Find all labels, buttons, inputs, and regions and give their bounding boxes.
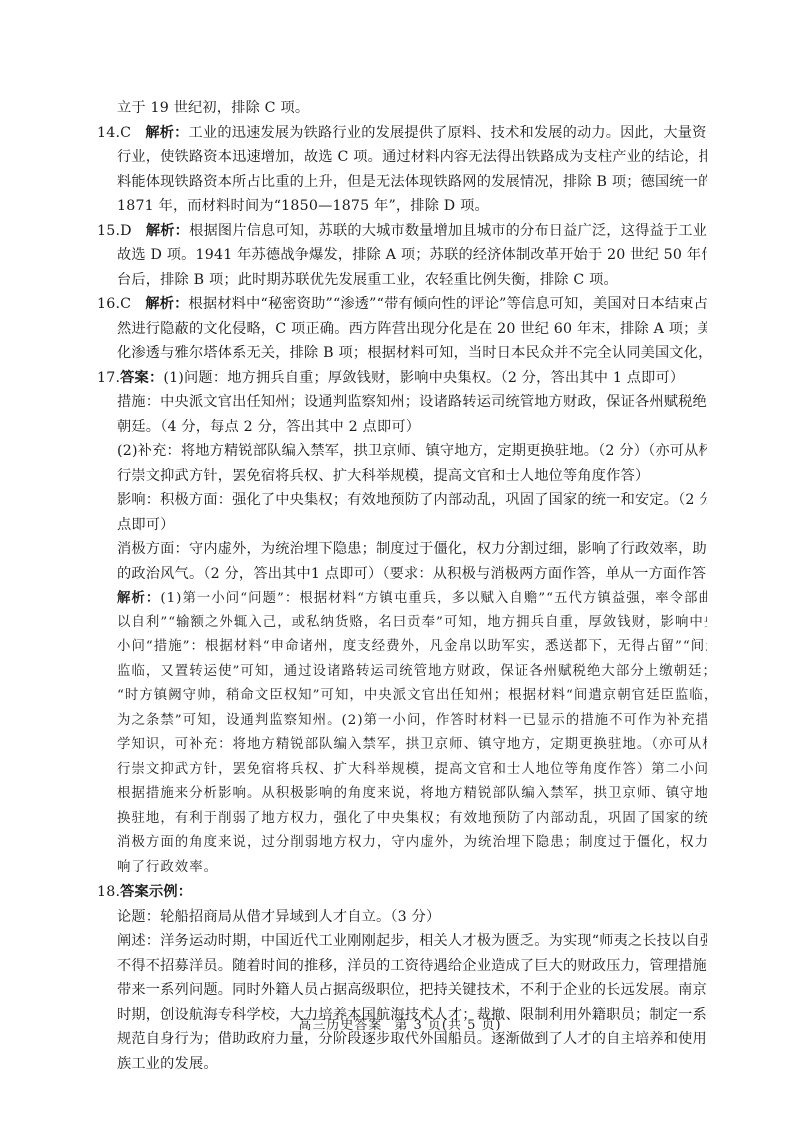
text-line: (1)问题：地方拥兵自重；厚敛钱财，影响中央集权。（2 分，答出其中 1 点即可… — [163, 370, 684, 386]
question-number: 16. — [97, 292, 120, 317]
answer-choice: D — [120, 223, 132, 239]
text-line: (2)补充：将地方精锐部队编入禁军，拱卫京师、镇守地方，定期更换驻地。（2 分）… — [97, 439, 707, 464]
text-line: 行崇文抑武方针，罢免宿将兵权、扩大科举规模，提高文官和士人地位等角度作答） — [97, 464, 707, 489]
text-line: 阐述：洋务运动时期，中国近代工业刚刚起步，相关人才极为匮乏。为实现“师夷之长技以… — [97, 929, 707, 954]
text-line: 带来一系列问题。同时外籍人员占据高级职位，把持关键技术，不利于企业的长远发展。南… — [97, 978, 707, 1003]
text-line: 消极方面：守内虚外，为统治埋下隐患；制度过于僵化，权力分割过细，影响了行政效率，… — [97, 537, 707, 562]
text-line: 行业，使铁路资本迅速增加，故选 C 项。通过材料内容无法得出铁路成为支柱产业的结… — [97, 145, 707, 170]
analysis-label: 解析： — [117, 590, 160, 606]
text-line: 不得不招募洋员。随着时间的推移，洋员的工资待遇给企业造成了巨大的财政压力，管理措… — [97, 954, 707, 979]
analysis-label: 解析： — [145, 125, 188, 141]
text-line: 的政治风气。（2 分，答出其中1 点即可）（要求：从积极与消极两方面作答，单从一… — [97, 562, 707, 587]
question-14: 14.C 解析：工业的迅速发展为铁路行业的发展提供了原料、技术和发展的动力。因此… — [97, 121, 707, 146]
text-line: 朝廷。（4 分，每点 2 分，答出其中 2 点即可） — [97, 415, 707, 440]
document-page: 立于 19 世纪初，排除 C 项。 14.C 解析：工业的迅速发展为铁路行业的发… — [0, 0, 800, 1132]
text-line: 措施：中央派文官出任知州；设通判监察知州；设诸路转运司统管地方财政，保证各州赋税… — [97, 390, 707, 415]
text-line: 学知识，可补充：将地方精锐部队编入禁军，拱卫京师、镇守地方，定期更换驻地。（亦可… — [97, 733, 707, 758]
text-line: 根据图片信息可知，苏联的大城市数量增加且城市的分布日益广泛，这得益于工业化的开展… — [189, 223, 707, 239]
text-line: 响了行政效率。 — [97, 856, 707, 881]
text-line: 根据措施来分析影响。从积极影响的角度来说，将地方精锐部队编入禁军，拱卫京师、镇守… — [97, 782, 707, 807]
text-line: 行崇文抑武方针，罢免宿将兵权、扩大科举规模，提高文官和士人地位等角度作答）第二小… — [97, 758, 707, 783]
answer-content: 立于 19 世纪初，排除 C 项。 14.C 解析：工业的迅速发展为铁路行业的发… — [97, 96, 707, 1076]
footer-title: 高三历史答案 — [298, 1018, 382, 1033]
question-15: 15.D 解析：根据图片信息可知，苏联的大城市数量增加且城市的分布日益广泛，这得… — [97, 219, 707, 244]
text-line: 小问“措施”：根据材料“申命诸州，度支经费外，凡金帛以助军实，悉送都下，无得占留… — [97, 635, 707, 660]
text-line: 影响：积极方面：强化了中央集权；有效地预防了内部动乱，巩固了国家的统一和安定。（… — [97, 488, 707, 513]
answer-choice: C — [120, 296, 131, 312]
question-16: 16.C 解析：根据材料中“秘密资助”“渗透”“带有倾向性的评论”等信息可知，美… — [97, 292, 707, 317]
text-line: 料能体现铁路资本所占比重的上升，但是无法体现铁路网的发展情况，排除 B 项；德国… — [97, 170, 707, 195]
text-line: 族工业的发展。 — [97, 1052, 707, 1077]
text-line: (1)第一小问“问题”：根据材料“方镇屯重兵，多以赋入自赡”“五代方镇益强，率令… — [160, 591, 707, 606]
text-line: 工业的迅速发展为铁路行业的发展提供了原料、技术和发展的动力。因此，大量资本涌入铁… — [189, 125, 707, 141]
question-number: 15. — [97, 219, 120, 244]
text-line: 根据材料中“秘密资助”“渗透”“带有倾向性的评论”等信息可知，美国对日本结束占领… — [189, 296, 707, 312]
text-line: 化渗透与雅尔塔体系无关，排除 B 项；根据材料可知，当时日本民众并不完全认同美国… — [97, 341, 707, 366]
answer-example-label: 答案示例： — [120, 884, 192, 900]
text-line: 换驻地，有利于削弱了地方权力，强化了中央集权；有效地预防了内部动乱，巩固了国家的… — [97, 807, 707, 832]
question-18: 18.答案示例： — [97, 880, 707, 905]
text-line: 以自利”“输额之外辄入己，或私纳货赂，名曰贡奉”可知，地方拥兵自重，厚敛钱财，影… — [97, 611, 707, 636]
question-number: 18. — [97, 880, 120, 905]
text-line: 监临，又置转运使”可知，通过设诸路转运司统管地方财政，保证各州赋税绝大部分上缴朝… — [97, 660, 707, 685]
text-line: 消极方面的角度来说，过分削弱地方权力，守内虚外，为统治埋下隐患；制度过于僵化，权… — [97, 831, 707, 856]
answer-choice: C — [120, 125, 131, 141]
page-footer: 高三历史答案第 3 页(共 5 页) — [0, 1014, 800, 1033]
text-line: 然进行隐蔽的文化侵略，C 项正确。西方阵营出现分化是在 20 世纪 60 年末，… — [97, 317, 707, 342]
analysis-paragraph-start: 解析：(1)第一小问“问题”：根据材料“方镇屯重兵，多以赋入自赡”“五代方镇益强… — [97, 586, 707, 611]
continuation-line: 立于 19 世纪初，排除 C 项。 — [97, 96, 707, 121]
text-line: 为之条禁”可知，设通判监察知州。(2)第一小问，作答时材料一已显示的措施不可作为… — [97, 709, 707, 734]
analysis-label: 解析： — [146, 223, 189, 239]
question-number: 17. — [97, 366, 120, 391]
question-number: 14. — [97, 121, 120, 146]
answer-label: 答案： — [120, 370, 163, 386]
text-line: 论题：轮船招商局从借才异域到人才自立。（3 分） — [97, 905, 707, 930]
question-17: 17.答案：(1)问题：地方拥兵自重；厚敛钱财，影响中央集权。（2 分，答出其中… — [97, 366, 707, 391]
page-number: 第 3 页(共 5 页) — [394, 1018, 501, 1033]
text-line: “时方镇阙守帅，稍命文臣权知”可知，中央派文官出任知州；根据材料“间遣京朝官廷臣… — [97, 684, 707, 709]
analysis-label: 解析： — [145, 296, 188, 312]
text-line: 1871 年，而材料时间为“1850—1875 年”，排除 D 项。 — [97, 194, 707, 219]
text-line: 台后，排除 B 项；此时期苏联优先发展重工业，农轻重比例失衡，排除 C 项。 — [97, 268, 707, 293]
text-line: 点即可） — [97, 513, 707, 538]
text-line: 故选 D 项。1941 年苏德战争爆发，排除 A 项；苏联的经济体制改革开始于 … — [97, 243, 707, 268]
